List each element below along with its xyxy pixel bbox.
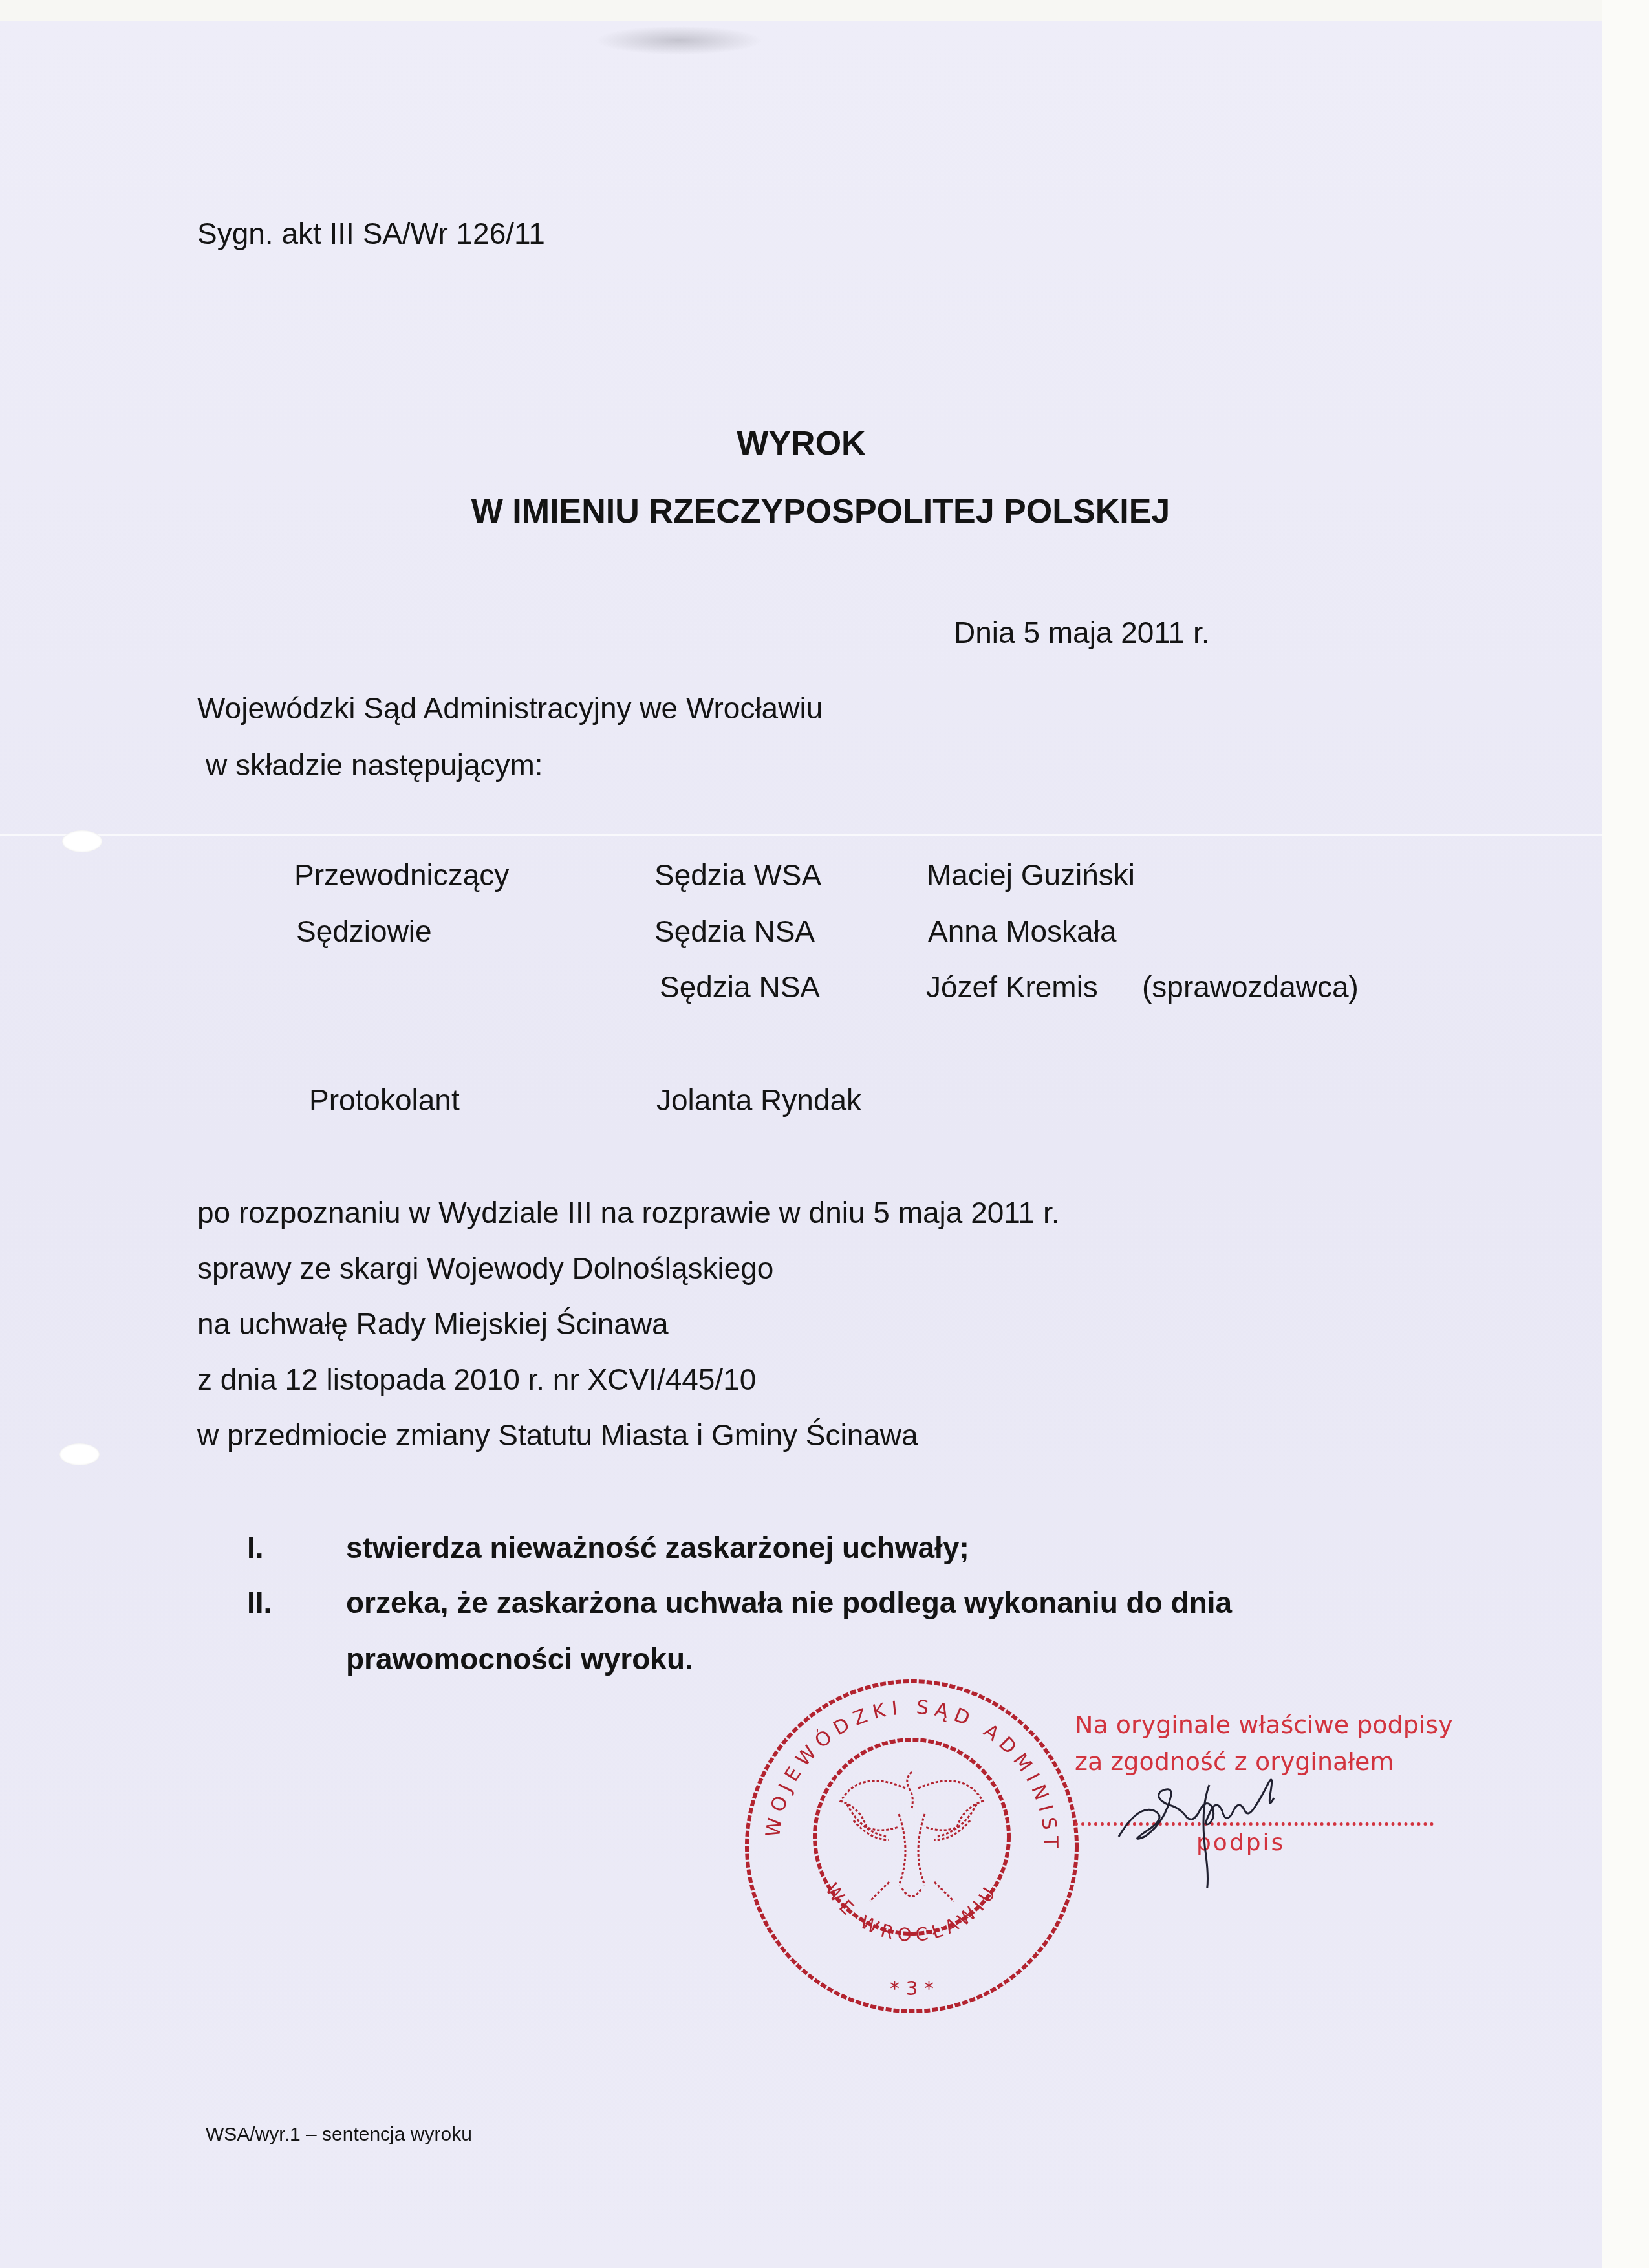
judgment-date: Dnia 5 maja 2011 r. — [954, 618, 1210, 647]
proceedings-line: sprawy ze skargi Wojewody Dolnośląskiego — [197, 1253, 773, 1283]
composition-intro: w składzie następującym: — [206, 750, 543, 780]
eagle-emblem-icon — [841, 1772, 983, 1901]
panel-title: Sędzia NSA — [654, 916, 815, 946]
stamp-bottom-text: WE WROCŁAWIU — [821, 1879, 1002, 1946]
court-stamp: WOJEWÓDZKI SĄD ADMINISTRACYJNY WE WROCŁA… — [740, 1675, 1083, 2018]
panel-name: Anna Moskała — [928, 916, 1117, 946]
ruling-text: orzeka, że zaskarżona uchwała nie podleg… — [346, 1588, 1232, 1617]
ruling-text: stwierdza nieważność zaskarżonej uchwały… — [346, 1533, 969, 1562]
scan-margin — [1602, 0, 1649, 2268]
document-subtitle: W IMIENIU RZECZYPOSPOLITEJ POLSKIEJ — [0, 495, 1602, 528]
ruling-text: prawomocności wyroku. — [346, 1644, 693, 1674]
panel-note: (sprawozdawca) — [1142, 972, 1359, 1002]
document-title: WYROK — [0, 427, 1602, 460]
form-footer: WSA/wyr.1 – sentencja wyroku — [206, 2125, 472, 2144]
punch-hole-top — [62, 830, 102, 852]
ruling-numeral: I. — [247, 1533, 264, 1562]
stamp-number: * 3 * — [890, 1978, 934, 2000]
scan-smudge — [595, 26, 763, 55]
proceedings-line: po rozpoznaniu w Wydziale III na rozpraw… — [197, 1198, 1059, 1227]
stamp-outer-text: WOJEWÓDZKI SĄD ADMINISTRACYJNY — [740, 1675, 1062, 1854]
proceedings-line: w przedmiocie zmiany Statutu Miasta i Gm… — [197, 1420, 918, 1450]
court-name: Wojewódzki Sąd Administracyjny we Wrocła… — [197, 693, 823, 723]
fold-line — [0, 834, 1602, 836]
ruling-numeral: II. — [247, 1588, 272, 1617]
handwritten-signature-icon — [1112, 1759, 1384, 1888]
clerk-role: Protokolant — [309, 1085, 460, 1115]
panel-name: Józef Kremis — [926, 972, 1098, 1002]
proceedings-line: z dnia 12 listopada 2010 r. nr XCVI/445/… — [197, 1365, 756, 1394]
proceedings-line: na uchwałę Rady Miejskiej Ścinawa — [197, 1309, 669, 1339]
clerk-name: Jolanta Ryndak — [656, 1085, 861, 1115]
case-signature: Sygn. akt III SA/Wr 126/11 — [197, 219, 545, 248]
punch-hole-bottom — [59, 1443, 100, 1465]
panel-title: Sędzia NSA — [660, 972, 820, 1002]
certification-line-1: Na oryginale właściwe podpisy — [1075, 1712, 1453, 1737]
panel-role: Przewodniczący — [294, 860, 509, 890]
panel-title: Sędzia WSA — [654, 860, 821, 890]
panel-name: Maciej Guziński — [927, 860, 1135, 890]
panel-role: Sędziowie — [296, 916, 432, 946]
